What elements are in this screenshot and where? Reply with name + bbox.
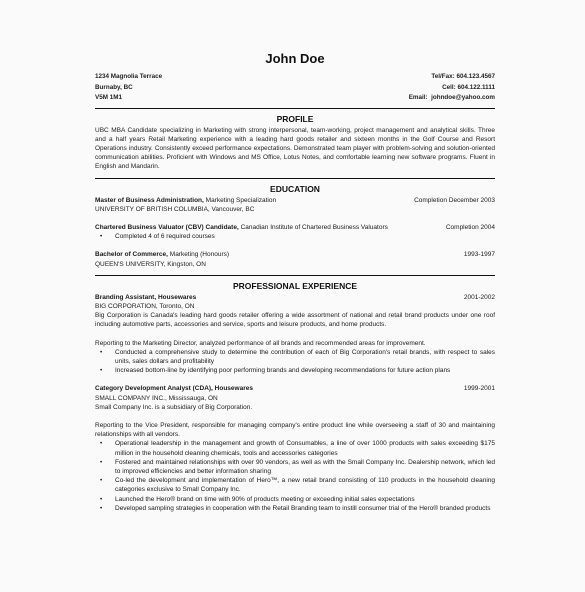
education-bullets: Completed 4 of 6 required courses	[95, 232, 495, 241]
bullet-item: Increased bottom-line by identifying poo…	[95, 366, 495, 375]
degree-name: Chartered Business Valuator (CBV) Candid…	[95, 224, 239, 231]
bullet-item: Conducted a comprehensive study to deter…	[95, 348, 495, 366]
job-position: Branding Assistant, Housewares	[95, 293, 196, 302]
phone-email-block: Tel/Fax: 604.123.4567 Cell: 604.122.1111…	[409, 72, 495, 104]
degree-name: Bachelor of Commerce,	[95, 251, 168, 258]
education-header: Bachelor of Commerce, Marketing (Honours…	[95, 250, 495, 259]
job-summary: Reporting to the Vice President, respons…	[95, 421, 495, 439]
education-date: Completion 2004	[440, 223, 495, 232]
job-date: 2001-2002	[458, 293, 495, 302]
resume-page: John Doe 1234 Magnolia Terrace Burnaby, …	[95, 52, 495, 513]
job-position: Category Development Analyst (CDA), Hous…	[95, 384, 253, 393]
degree-detail: Marketing (Honours)	[168, 251, 229, 258]
degree-line: Bachelor of Commerce, Marketing (Honours…	[95, 250, 229, 259]
cell-phone: Cell: 604.122.1111	[409, 83, 495, 94]
section-title-education: EDUCATION	[95, 183, 495, 195]
job-header: Category Development Analyst (CDA), Hous…	[95, 384, 495, 393]
email-address[interactable]: johndoe@yahoo.com	[431, 94, 495, 101]
email-label: Email:	[409, 94, 428, 101]
divider	[95, 275, 495, 276]
address-line: 1234 Magnolia Terrace	[95, 72, 162, 83]
bullet-item: Developed sampling strategies in coopera…	[95, 504, 495, 513]
spacer	[95, 241, 495, 250]
section-title-experience: PROFESSIONAL EXPERIENCE	[95, 280, 495, 292]
education-list: Master of Business Administration, Marke…	[95, 196, 495, 269]
telfax: Tel/Fax: 604.123.4567	[409, 72, 495, 83]
bullet-item: Operational leadership in the management…	[95, 439, 495, 457]
education-header: Chartered Business Valuator (CBV) Candid…	[95, 223, 495, 232]
candidate-name: John Doe	[95, 52, 495, 66]
section-title-profile: PROFILE	[95, 113, 495, 125]
degree-detail: Canadian Institute of Chartered Business…	[239, 224, 388, 231]
spacer	[95, 375, 495, 384]
email-line: Email: johndoe@yahoo.com	[409, 93, 495, 104]
bullet-item: Co-led the development and implementatio…	[95, 476, 495, 494]
address-line: Burnaby, BC	[95, 83, 162, 94]
job-entry: Branding Assistant, Housewares2001-2002B…	[95, 293, 495, 376]
institution: UNIVERSITY OF BRITISH COLUMBIA, Vancouve…	[95, 205, 495, 214]
education-entry: Bachelor of Commerce, Marketing (Honours…	[95, 250, 495, 268]
degree-detail: Marketing Specialization	[204, 197, 276, 204]
education-header: Master of Business Administration, Marke…	[95, 196, 495, 205]
spacer	[95, 214, 495, 223]
degree-name: Master of Business Administration,	[95, 197, 204, 204]
job-summary: Reporting to the Marketing Director, ana…	[95, 339, 495, 348]
bullet-item: Fostered and maintained relationships wi…	[95, 458, 495, 476]
company-name: BIG CORPORATION, Toronto, ON	[95, 302, 495, 311]
divider	[95, 178, 495, 179]
job-date: 1999-2001	[458, 384, 495, 393]
bullet-item: Completed 4 of 6 required courses	[95, 232, 495, 241]
spacer	[95, 330, 495, 339]
company-description: Big Corporation is Canada's leading hard…	[95, 311, 495, 329]
degree-line: Chartered Business Valuator (CBV) Candid…	[95, 223, 388, 232]
spacer	[95, 412, 495, 421]
company-description: Small Company Inc. is a subsidiary of Bi…	[95, 403, 495, 412]
job-header: Branding Assistant, Housewares2001-2002	[95, 293, 495, 302]
company-name: SMALL COMPANY INC., Mississauga, ON	[95, 394, 495, 403]
institution: QUEEN'S UNIVERSITY, Kingston, ON	[95, 260, 495, 269]
divider	[95, 108, 495, 109]
profile-summary: UBC MBA Candidate specializing in Market…	[95, 126, 495, 172]
address-line: V5M 1M1	[95, 93, 162, 104]
address-block: 1234 Magnolia Terrace Burnaby, BC V5M 1M…	[95, 72, 162, 104]
job-bullets: Operational leadership in the management…	[95, 439, 495, 513]
degree-line: Master of Business Administration, Marke…	[95, 196, 276, 205]
education-date: 1993-1997	[458, 250, 495, 259]
education-entry: Chartered Business Valuator (CBV) Candid…	[95, 223, 495, 241]
bullet-item: Launched the Hero® brand on time with 90…	[95, 495, 495, 504]
job-entry: Category Development Analyst (CDA), Hous…	[95, 384, 495, 513]
education-entry: Master of Business Administration, Marke…	[95, 196, 495, 214]
experience-list: Branding Assistant, Housewares2001-2002B…	[95, 293, 495, 513]
contact-block: 1234 Magnolia Terrace Burnaby, BC V5M 1M…	[95, 72, 495, 104]
job-bullets: Conducted a comprehensive study to deter…	[95, 348, 495, 376]
education-date: Completion December 2003	[408, 196, 495, 205]
